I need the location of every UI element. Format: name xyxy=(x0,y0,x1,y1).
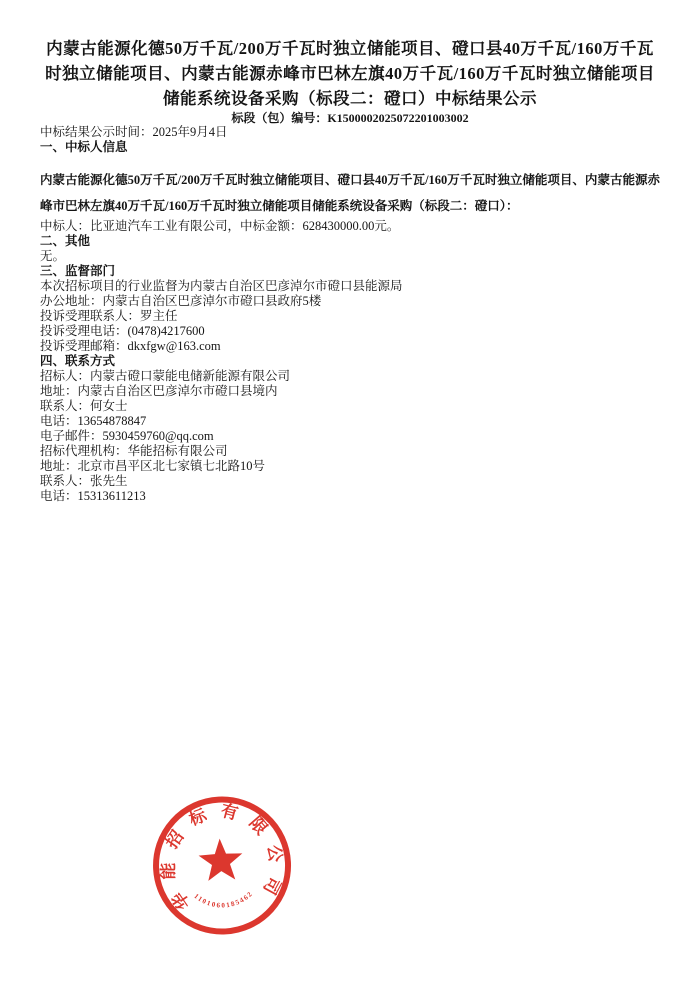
agency-name-line: 招标代理机构：华能招标有限公司 xyxy=(40,444,660,459)
svg-text:1101060185462: 1101060185462 xyxy=(192,889,255,911)
supervision-authority-line: 本次招标项目的行业监督为内蒙古自治区巴彦淖尔市磴口县能源局 xyxy=(40,279,660,294)
tenderer-phone-line: 电话：13654878847 xyxy=(40,414,660,429)
svg-text:华能招标有限公司: 华能招标有限公司 xyxy=(154,797,288,915)
company-seal-stamp: 华能招标有限公司 1101060185462 xyxy=(146,786,299,943)
project-scope-paragraph: 内蒙古能源化德50万千瓦/200万千瓦时独立储能项目、磴口县40万千瓦/160万… xyxy=(40,167,660,219)
agency-address-line: 地址：北京市昌平区北七家镇七北路10号 xyxy=(40,459,660,474)
section-heading-supervision: 三、监督部门 xyxy=(40,264,660,279)
section-heading-winner-info: 一、中标人信息 xyxy=(40,140,660,155)
complaint-phone-line: 投诉受理电话：(0478)4217600 xyxy=(40,324,660,339)
tenderer-contact-line: 联系人：何女士 xyxy=(40,399,660,414)
agency-contact-line: 联系人：张先生 xyxy=(40,474,660,489)
document-title: 内蒙古能源化德50万千瓦/200万千瓦时独立储能项目、磴口县40万千瓦/160万… xyxy=(40,36,660,111)
section-heading-contact: 四、联系方式 xyxy=(40,354,660,369)
announcement-page: 内蒙古能源化德50万千瓦/200万千瓦时独立储能项目、磴口县40万千瓦/160万… xyxy=(0,0,700,990)
star-icon xyxy=(198,837,244,881)
seal-ring xyxy=(153,796,292,935)
seal-company-arc-text: 华能招标有限公司 xyxy=(154,797,288,915)
seal-serial-number: 1101060185462 xyxy=(192,889,255,911)
tenderer-email-line: 电子邮件：5930459760@qq.com xyxy=(40,429,660,444)
tenderer-name-line: 招标人：内蒙古磴口蒙能电储新能源有限公司 xyxy=(40,369,660,384)
complaint-email-line: 投诉受理邮箱：dkxfgw@163.com xyxy=(40,339,660,354)
publish-time: 中标结果公示时间：2025年9月4日 xyxy=(40,125,660,140)
agency-phone-line: 电话：15313611213 xyxy=(40,489,660,504)
section-heading-other: 二、其他 xyxy=(40,234,660,249)
supervision-office-address-line: 办公地址：内蒙古自治区巴彦淖尔市磴口县政府5楼 xyxy=(40,294,660,309)
other-body: 无。 xyxy=(40,249,660,264)
complaint-contact-line: 投诉受理联系人：罗主任 xyxy=(40,309,660,324)
package-number: 标段（包）编号：K1500002025072201003002 xyxy=(40,111,660,125)
tenderer-address-line: 地址：内蒙古自治区巴彦淖尔市磴口县境内 xyxy=(40,384,660,399)
winner-line: 中标人：比亚迪汽车工业有限公司，中标金额：628430000.00元。 xyxy=(40,219,660,234)
